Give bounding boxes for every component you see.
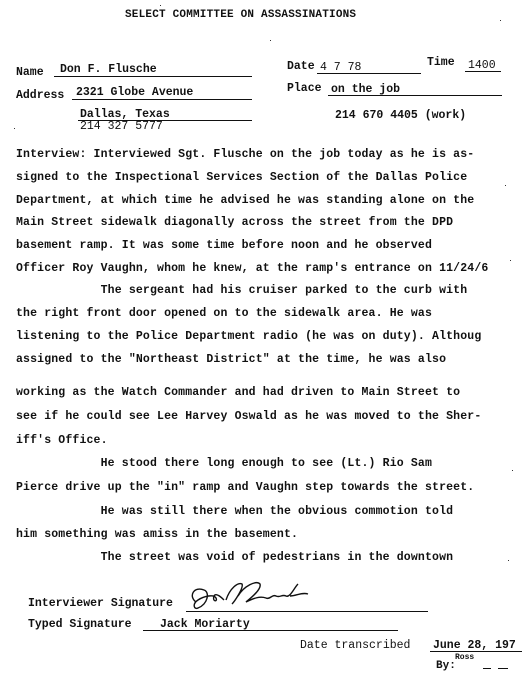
by-dash bbox=[483, 668, 491, 669]
date-transcribed-underline bbox=[430, 651, 522, 652]
signature-underline bbox=[186, 611, 428, 612]
address-line1: 2321 Globe Avenue bbox=[76, 86, 193, 99]
body-line: Department, at which time he advised he … bbox=[16, 194, 474, 207]
body-line: The street was void of pedestrians in th… bbox=[16, 551, 453, 564]
place-underline bbox=[328, 95, 502, 96]
body-line: him something was amiss in the basement. bbox=[16, 528, 298, 541]
work-phone: 214 670 4405 (work) bbox=[335, 109, 466, 122]
body-line: Interview: Interviewed Sgt. Flusche on t… bbox=[16, 148, 474, 161]
body-line: The sergeant had his cruiser parked to t… bbox=[16, 284, 467, 297]
name-label: Name bbox=[16, 66, 44, 79]
body-line: He was still there when the obvious comm… bbox=[16, 505, 453, 518]
date-label: Date bbox=[287, 60, 315, 73]
body-line: Main Street sidewalk diagonally across t… bbox=[16, 216, 453, 229]
address-underline bbox=[72, 99, 252, 100]
interviewer-signature-label: Interviewer Signature bbox=[28, 597, 173, 610]
by-label: By: bbox=[436, 660, 456, 672]
name-underline bbox=[54, 76, 252, 77]
body-line: the right front door opened on to the si… bbox=[16, 307, 432, 320]
date-underline bbox=[317, 73, 421, 74]
body-line: iff's Office. bbox=[16, 434, 108, 447]
by-value: Ross bbox=[455, 653, 474, 662]
body-line: listening to the Police Department radio… bbox=[16, 330, 481, 343]
by-dash bbox=[498, 668, 508, 669]
body-line: working as the Watch Commander and had d… bbox=[16, 386, 460, 399]
body-line: Officer Roy Vaughn, whom he knew, at the… bbox=[16, 262, 488, 275]
handwritten-signature bbox=[186, 578, 336, 614]
name-value: Don F. Flusche bbox=[60, 63, 157, 76]
time-label: Time bbox=[427, 56, 455, 69]
body-line: see if he could see Lee Harvey Oswald as… bbox=[16, 410, 481, 423]
home-phone: 214 327 5777 bbox=[80, 120, 163, 133]
typed-signature-label: Typed Signature bbox=[28, 618, 132, 631]
body-line: signed to the Inspectional Services Sect… bbox=[16, 171, 467, 184]
address-label: Address bbox=[16, 89, 64, 102]
place-label: Place bbox=[287, 82, 322, 95]
body-line: basement ramp. It was some time before n… bbox=[16, 239, 432, 252]
date-transcribed-label: Date transcribed bbox=[300, 639, 410, 652]
body-line: Pierce drive up the "in" ramp and Vaughn… bbox=[16, 481, 474, 494]
time-underline bbox=[465, 71, 501, 72]
body-line: He stood there long enough to see (Lt.) … bbox=[16, 457, 432, 470]
body-line: assigned to the "Northeast District" at … bbox=[16, 353, 446, 366]
document-title: SELECT COMMITTEE ON ASSASSINATIONS bbox=[125, 9, 356, 21]
typed-signature-underline bbox=[143, 630, 398, 631]
